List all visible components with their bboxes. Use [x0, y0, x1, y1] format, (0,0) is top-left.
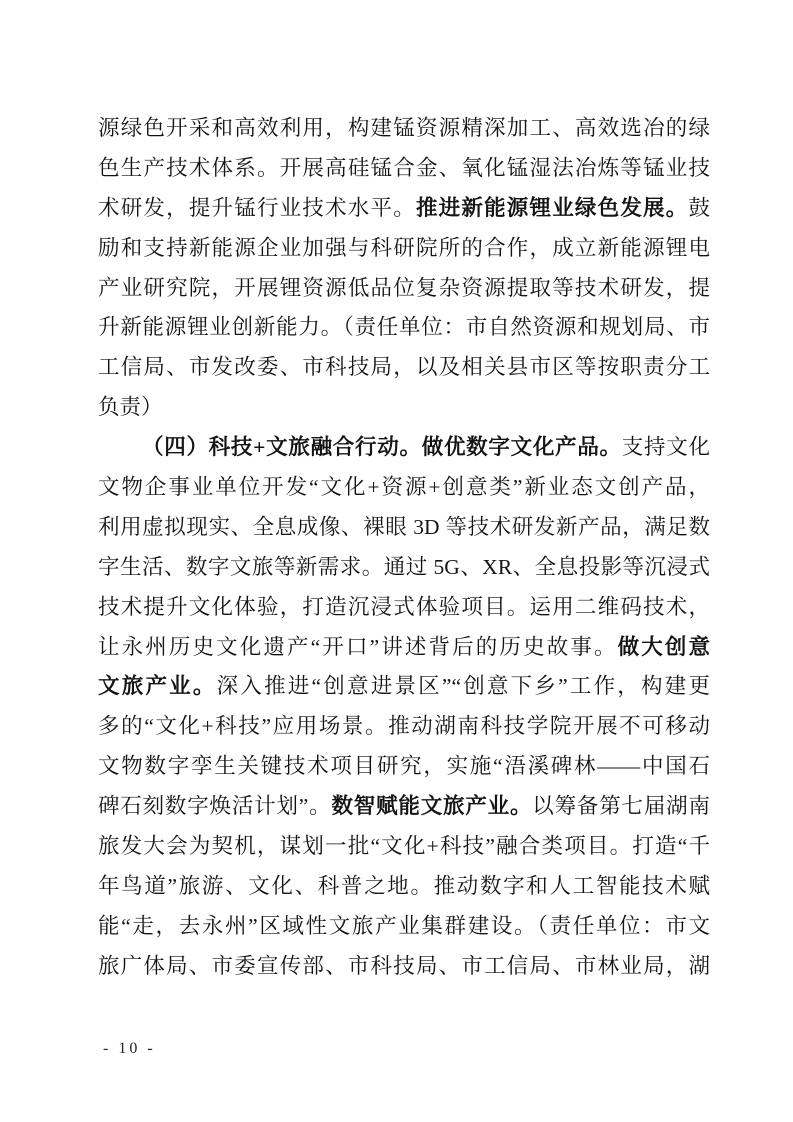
- text-run: 鼓: [688, 196, 710, 220]
- text-run: 利用虚拟现实、全息成像、裸眼 3D 等技术研发新产品，满足数: [98, 515, 710, 539]
- text-line: 多的“文化+科技”应用场景。推动湖南科技学院开展不可移动: [98, 707, 710, 747]
- text-line: 源绿色开采和高效利用，构建锰资源精深加工、高效选冶的绿: [98, 109, 710, 149]
- page-number: - 10 -: [103, 1040, 156, 1058]
- text-line: 负责）: [98, 388, 710, 428]
- text-run: 以筹备第七届湖南: [532, 794, 710, 818]
- text-line: 技术提升文化体验，打造沉浸式体验项目。运用二维码技术，: [98, 588, 710, 628]
- text-line: 工信局、市发改委、市科技局，以及相关县市区等按职责分工: [98, 348, 710, 388]
- text-line: 利用虚拟现实、全息成像、裸眼 3D 等技术研发新产品，满足数: [98, 508, 710, 548]
- text-run: 多的“文化+科技”应用场景。推动湖南科技学院开展不可移动: [98, 714, 710, 738]
- text-line: 旅广体局、市委宣传部、市科技局、市工信局、市林业局，湖: [98, 947, 710, 987]
- document-page: 源绿色开采和高效利用，构建锰资源精深加工、高效选冶的绿色生产技术体系。开展高硅锰…: [0, 0, 793, 1122]
- text-line: 文旅产业。深入推进“创意进景区”“创意下乡”工作，构建更: [98, 667, 710, 707]
- text-line: 产业研究院，开展锂资源低品位复杂资源提取等技术研发，提: [98, 269, 710, 309]
- text-line: 年鸟道”旅游、文化、科普之地。推动数字和人工智能技术赋: [98, 867, 710, 907]
- text-run: 产业研究院，开展锂资源低品位复杂资源提取等技术研发，提: [98, 276, 710, 300]
- text-run: 色生产技术体系。开展高硅锰合金、氧化锰湿法冶炼等锰业技: [98, 156, 710, 180]
- text-run: 源绿色开采和高效利用，构建锰资源精深加工、高效选冶的绿: [98, 116, 710, 140]
- text-line: （四）科技+文旅融合行动。做优数字文化产品。支持文化: [98, 428, 710, 468]
- text-run: 让永州历史文化遗产“开口”讲述背后的历史故事。: [98, 635, 618, 659]
- text-line: 励和支持新能源企业加强与科研院所的合作，成立新能源锂电: [98, 229, 710, 269]
- document-body: 源绿色开采和高效利用，构建锰资源精深加工、高效选冶的绿色生产技术体系。开展高硅锰…: [98, 109, 710, 987]
- text-run: 年鸟道”旅游、文化、科普之地。推动数字和人工智能技术赋: [98, 874, 710, 898]
- bold-text-run: 文旅产业。: [98, 674, 217, 698]
- text-run: 励和支持新能源企业加强与科研院所的合作，成立新能源锂电: [98, 236, 710, 260]
- text-run: 术研发，提升锰行业技术水平。: [98, 196, 416, 220]
- text-run: 旅发大会为契机，谋划一批“文化+科技”融合类项目。打造“千: [98, 834, 710, 858]
- text-run: 技术提升文化体验，打造沉浸式体验项目。运用二维码技术，: [98, 595, 710, 619]
- text-run: 旅广体局、市委宣传部、市科技局、市工信局、市林业局，湖: [98, 954, 710, 978]
- bold-text-run: 推进新能源锂业绿色发展。: [416, 196, 689, 220]
- text-run: 支持文化: [622, 435, 710, 459]
- text-run: 负责）: [98, 395, 163, 419]
- text-run: 升新能源锂业创新能力。（责任单位：市自然资源和规划局、市: [98, 315, 710, 339]
- text-line: 色生产技术体系。开展高硅锰合金、氧化锰湿法冶炼等锰业技: [98, 149, 710, 189]
- text-run: 工信局、市发改委、市科技局，以及相关县市区等按职责分工: [98, 355, 710, 379]
- text-run: 文物企事业单位开发“文化+资源+创意类”新业态文创产品，: [98, 475, 710, 499]
- text-line: 旅发大会为契机，谋划一批“文化+科技”融合类项目。打造“千: [98, 827, 710, 867]
- bold-text-run: （四）科技+文旅融合行动。做优数字文化产品。: [142, 435, 622, 459]
- text-line: 能“走，去永州”区域性文旅产业集群建设。（责任单位：市文: [98, 907, 710, 947]
- text-run: 字生活、数字文旅等新需求。通过 5G、XR、全息投影等沉浸式: [98, 555, 710, 579]
- text-run: 碑石刻数字焕活计划”。: [98, 794, 331, 818]
- text-run: 文物数字孪生关键技术项目研究，实施“浯溪碑林——中国石: [98, 754, 710, 778]
- text-run: 深入推进“创意进景区”“创意下乡”工作，构建更: [217, 674, 710, 698]
- bold-text-run: 数智赋能文旅产业。: [331, 794, 532, 818]
- bold-text-run: 做大创意: [618, 635, 710, 659]
- text-line: 文物企事业单位开发“文化+资源+创意类”新业态文创产品，: [98, 468, 710, 508]
- text-line: 字生活、数字文旅等新需求。通过 5G、XR、全息投影等沉浸式: [98, 548, 710, 588]
- text-line: 升新能源锂业创新能力。（责任单位：市自然资源和规划局、市: [98, 308, 710, 348]
- text-line: 术研发，提升锰行业技术水平。推进新能源锂业绿色发展。鼓: [98, 189, 710, 229]
- text-line: 文物数字孪生关键技术项目研究，实施“浯溪碑林——中国石: [98, 747, 710, 787]
- text-line: 碑石刻数字焕活计划”。数智赋能文旅产业。以筹备第七届湖南: [98, 787, 710, 827]
- text-line: 让永州历史文化遗产“开口”讲述背后的历史故事。做大创意: [98, 628, 710, 668]
- text-run: 能“走，去永州”区域性文旅产业集群建设。（责任单位：市文: [98, 914, 710, 938]
